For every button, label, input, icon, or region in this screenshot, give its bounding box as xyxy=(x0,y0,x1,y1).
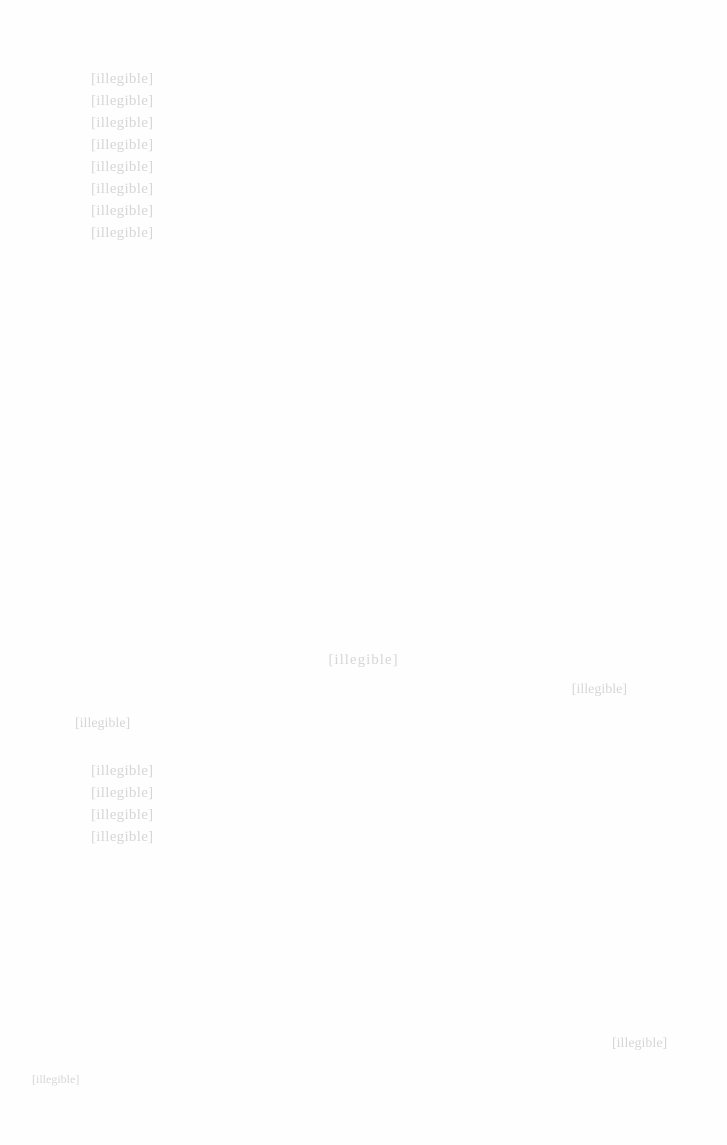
paragraph: [illegible] xyxy=(55,826,627,848)
paragraph: [illegible] xyxy=(55,68,627,90)
page-number: [illegible] xyxy=(612,1036,667,1052)
right-aligned-line: [illegible] xyxy=(572,682,627,698)
document-page: [illegible] [illegible] [illegible] [ill… xyxy=(0,0,727,1145)
paragraph: [illegible] xyxy=(55,222,627,244)
paragraph: [illegible] xyxy=(55,782,627,804)
paragraph: [illegible] xyxy=(55,178,627,200)
bottom-text-block: [illegible] [illegible] [illegible] [ill… xyxy=(55,760,627,848)
paragraph: [illegible] xyxy=(55,156,627,178)
corner-mark: [illegible] xyxy=(32,1072,79,1087)
paragraph: [illegible] xyxy=(55,760,627,782)
paragraph: [illegible] xyxy=(55,134,627,156)
section-heading: [illegible] xyxy=(0,652,727,669)
top-text-block: [illegible] [illegible] [illegible] [ill… xyxy=(55,68,627,244)
paragraph: [illegible] xyxy=(55,90,627,112)
short-line: [illegible] xyxy=(75,716,130,732)
paragraph: [illegible] xyxy=(55,200,627,222)
paragraph: [illegible] xyxy=(55,804,627,826)
paragraph: [illegible] xyxy=(55,112,627,134)
